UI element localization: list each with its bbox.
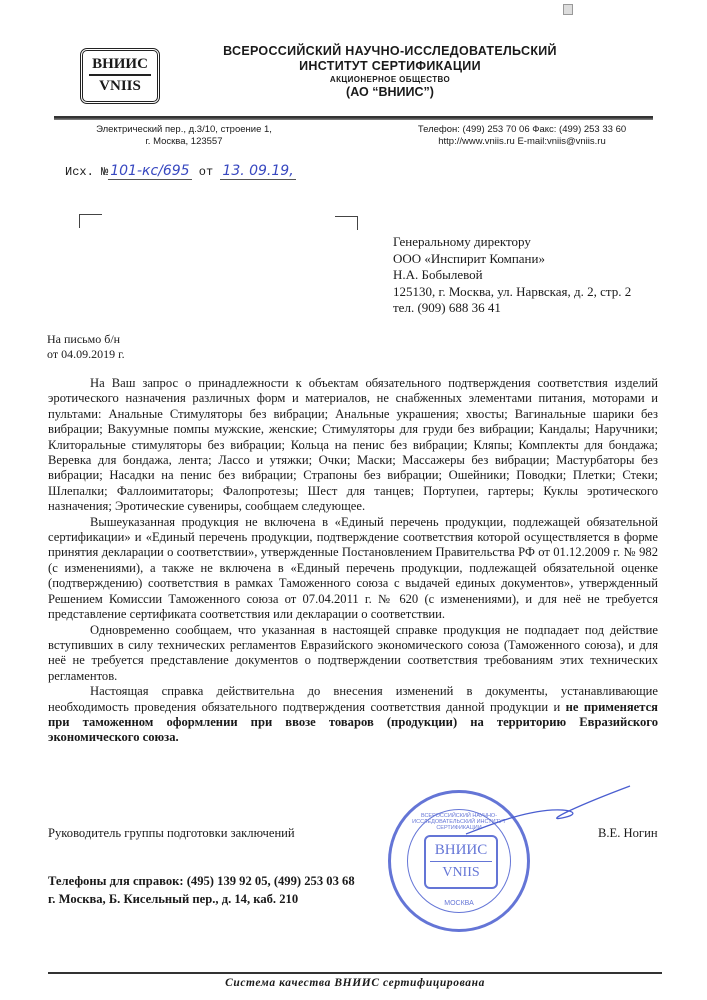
- address-line1: Электрический пер., д.3/10, строение 1,: [54, 124, 314, 136]
- org-contacts: Телефон: (499) 253 70 06 Факс: (499) 253…: [388, 124, 656, 148]
- org-type: АКЦИОНЕРНОЕ ОБЩЕСТВО: [170, 74, 610, 85]
- inquiry-address: г. Москва, Б. Кисельный пер., д. 14, каб…: [48, 890, 355, 908]
- quality-footer: Система качества ВНИИС сертифицирована: [48, 977, 662, 989]
- web-email-line: http://www.vniis.ru E-mail:vniis@vniis.r…: [388, 136, 656, 148]
- org-name-line2: ИНСТИТУТ СЕРТИФИКАЦИИ: [170, 59, 610, 74]
- outgoing-date-value: 13. 09.19,: [220, 163, 295, 180]
- org-short-name: (АО “ВНИИС”): [170, 85, 610, 100]
- stamp-city: МОСКВА: [391, 900, 527, 907]
- stamp-logo-bottom: VNIIS: [426, 862, 496, 884]
- scan-mark-icon: [563, 4, 573, 15]
- outgoing-number-value: 101-кс/695: [108, 163, 191, 180]
- org-name-line1: ВСЕРОССИЙСКИЙ НАУЧНО-ИССЛЕДОВАТЕЛЬСКИЙ: [170, 44, 610, 59]
- recipient-phone: тел. (909) 688 36 41: [393, 300, 631, 317]
- inquiry-contacts: Телефоны для справок: (495) 139 92 05, (…: [48, 872, 355, 908]
- org-address: Электрический пер., д.3/10, строение 1, …: [54, 124, 314, 148]
- signatory-role: Руководитель группы подготовки заключени…: [48, 826, 295, 841]
- phone-fax-line: Телефон: (499) 253 70 06 Факс: (499) 253…: [388, 124, 656, 136]
- recipient-position: Генеральному директору: [393, 234, 631, 251]
- logo-bottom-text: VNIIS: [83, 76, 157, 96]
- logo-top-text: ВНИИС: [89, 54, 151, 76]
- header-divider: [54, 116, 653, 120]
- reference-block: На письмо б/н от 04.09.2019 г.: [47, 332, 125, 362]
- handwritten-signature-icon: [462, 784, 632, 844]
- outgoing-date-prefix: от: [199, 165, 213, 179]
- organization-header: ВСЕРОССИЙСКИЙ НАУЧНО-ИССЛЕДОВАТЕЛЬСКИЙ И…: [170, 44, 610, 100]
- paragraph-1: На Ваш запрос о принадлежности к объекта…: [48, 376, 658, 515]
- paragraph-4: Настоящая справка действительна до внесе…: [48, 684, 658, 746]
- reference-date: от 04.09.2019 г.: [47, 347, 125, 362]
- recipient-name: Н.А. Бобылевой: [393, 267, 631, 284]
- reference-letter: На письмо б/н: [47, 332, 125, 347]
- outgoing-number: Исх. №101-кс/695 от 13. 09.19,: [65, 163, 296, 179]
- recipient-block: Генеральному директору ООО «Инспирит Ком…: [393, 234, 631, 317]
- recipient-company: ООО «Инспирит Компани»: [393, 251, 631, 268]
- footer-divider: [48, 972, 662, 974]
- address-corner-right: [335, 216, 358, 230]
- address-line2: г. Москва, 123557: [54, 136, 314, 148]
- paragraph-3: Одновременно сообщаем, что указанная в н…: [48, 623, 658, 685]
- outgoing-prefix: Исх. №: [65, 165, 108, 179]
- paragraph-2: Вышеуказанная продукция не включена в «Е…: [48, 515, 658, 623]
- recipient-address: 125130, г. Москва, ул. Нарвская, д. 2, с…: [393, 284, 631, 301]
- letter-body: На Ваш запрос о принадлежности к объекта…: [48, 376, 658, 746]
- vniis-logo: ВНИИС VNIIS: [80, 48, 160, 104]
- inquiry-phones: Телефоны для справок: (495) 139 92 05, (…: [48, 872, 355, 890]
- address-corner-left: [79, 214, 102, 228]
